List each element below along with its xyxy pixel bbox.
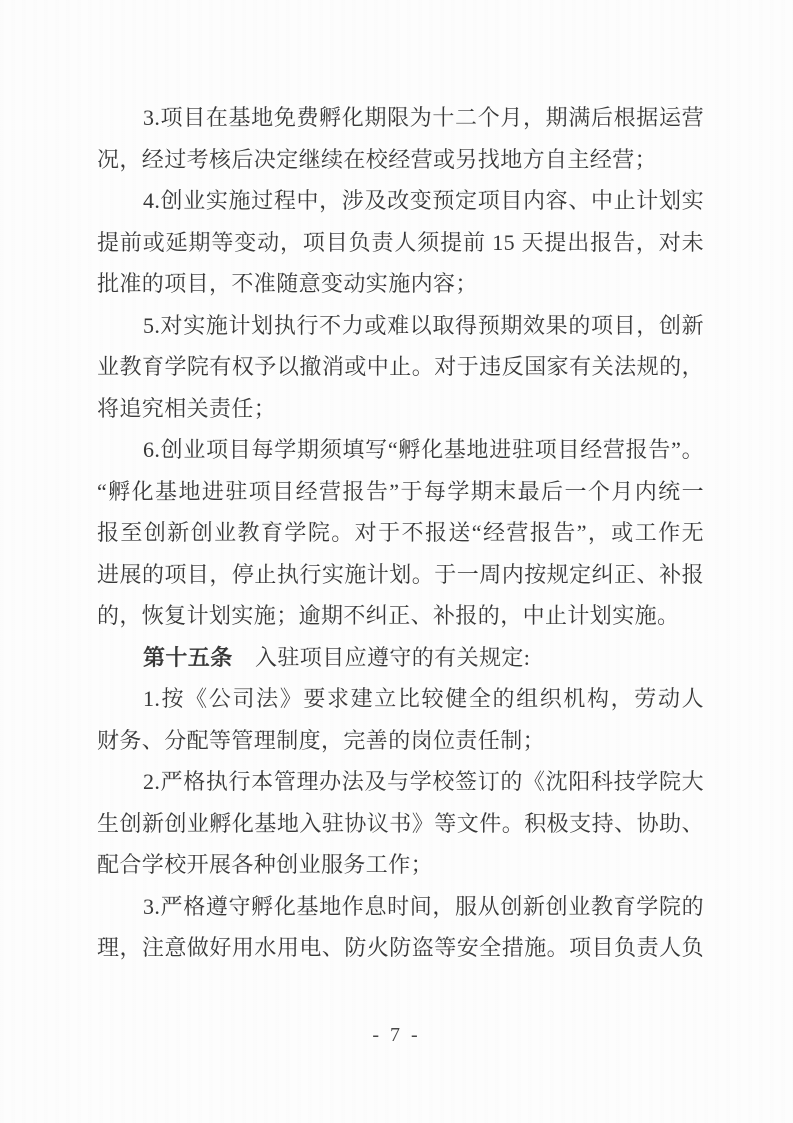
text-line: 提前或延期等变动，项目负责人须提前 15 天提出报告，对未经 — [97, 222, 704, 264]
text-line: 6.创业项目每学期须填写“孵化基地进驻项目经营报告”。 — [97, 429, 704, 471]
text-line: 况，经过考核后决定继续在校经营或另找地方自主经营； — [97, 139, 704, 181]
text-line: 理，注意做好用水用电、防火防盗等安全措施。项目负责人负 — [97, 927, 704, 969]
text-line: 配合学校开展各种创业服务工作； — [97, 844, 704, 886]
text-line: 5.对实施计划执行不力或难以取得预期效果的项目，创新创 — [97, 305, 704, 347]
text-line: “孵化基地进驻项目经营报告”于每学期末最后一个月内统一 — [97, 471, 704, 513]
document-body: 3.项目在基地免费孵化期限为十二个月，期满后根据运营情 况，经过考核后决定继续在… — [97, 97, 704, 969]
text-line: 的，恢复计划实施；逾期不纠正、补报的，中止计划实施。 — [97, 595, 704, 637]
text-line: 财务、分配等管理制度，完善的岗位责任制； — [97, 720, 704, 762]
article-heading-line: 第十五条 入驻项目应遵守的有关规定: — [97, 637, 704, 679]
text-line: 2.严格执行本管理办法及与学校签订的《沈阳科技学院大学 — [97, 761, 704, 803]
page-number: - 7 - — [0, 1014, 793, 1056]
text-line: 批准的项目，不准随意变动实施内容； — [97, 263, 704, 305]
article-number: 第十五条 — [143, 645, 233, 670]
text-line: 生创新创业孵化基地入驻协议书》等文件。积极支持、协助、 — [97, 803, 704, 845]
text-line: 4.创业实施过程中，涉及改变预定项目内容、中止计划实施、 — [97, 180, 704, 222]
text-line: 1.按《公司法》要求建立比较健全的组织机构，劳动人事、 — [97, 678, 704, 720]
text-line: 业教育学院有权予以撤消或中止。对于违反国家有关法规的， — [97, 346, 704, 388]
text-line: 3.项目在基地免费孵化期限为十二个月，期满后根据运营情 — [97, 97, 704, 139]
text-line: 报至创新创业教育学院。对于不报送“经营报告”，或工作无 — [97, 512, 704, 554]
text-line: 将追究相关责任； — [97, 388, 704, 430]
article-title: 入驻项目应遵守的有关规定: — [233, 645, 531, 670]
text-line: 3.严格遵守孵化基地作息时间，服从创新创业教育学院的管 — [97, 886, 704, 928]
text-line: 进展的项目，停止执行实施计划。于一周内按规定纠正、补报 — [97, 554, 704, 596]
